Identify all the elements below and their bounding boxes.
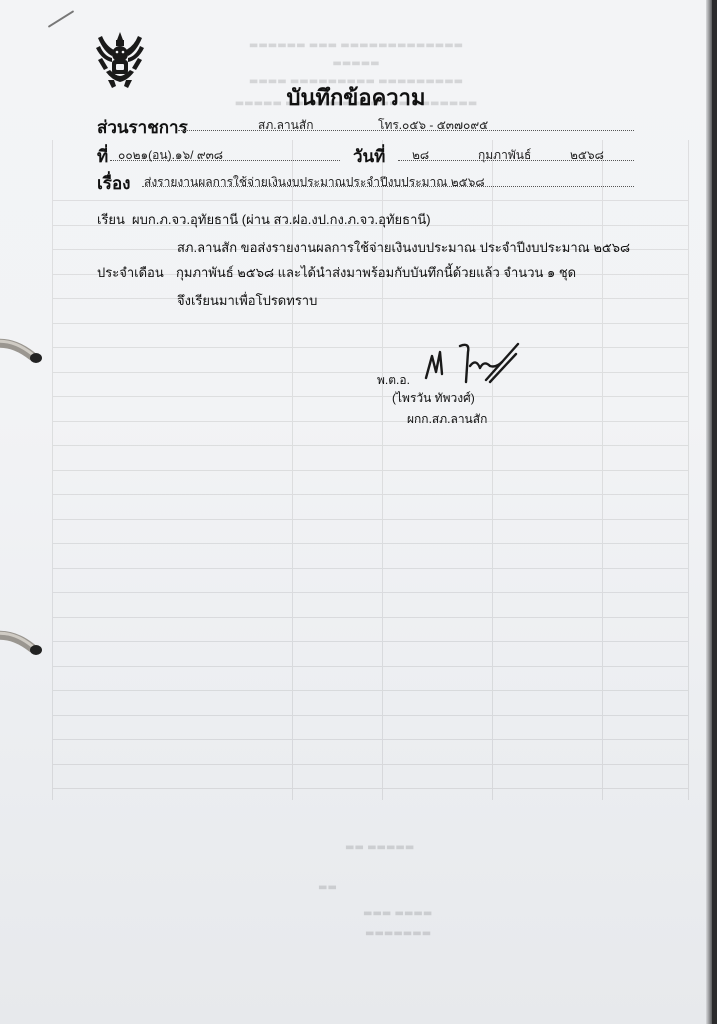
subject-value: ส่งรายงานผลการใช้จ่ายเงินงบประมาณประจำปี… [144,173,485,192]
date-label: วันที่ [353,143,385,170]
date-month: กุมภาพันธ์ [478,146,531,165]
ghost-row [52,372,688,373]
ghost-col [52,140,53,800]
ghost-row [52,690,688,691]
ghost-row [52,592,688,593]
signer-name: (ไพรวัน ทัพวงศ์) [392,389,475,408]
ghost-row [52,715,688,716]
date-day: ๒๘ [412,146,429,165]
ghost-row [52,200,688,201]
ghost-row [52,788,688,789]
ghost-row [52,641,688,642]
to-value: ผบก.ภ.จว.อุทัยธานี (ผ่าน สว.ฝอ.งป.กง.ภ.จ… [132,209,431,230]
department-label: ส่วนราชการ [97,114,188,141]
ghost-row [52,764,688,765]
pencil-mark [48,10,75,28]
signature-mark [418,338,528,388]
ghost-text: ▬▬▬▬▬▬▬ [365,928,431,939]
to-label: เรียน [97,209,125,230]
ghost-row [52,494,688,495]
ghost-row [52,347,688,348]
body-line-2-label: ประจำเดือน [97,262,164,283]
memo-page: ▬▬▬▬▬▬ ▬▬▬ ▬▬▬▬▬▬▬▬▬▬▬▬▬ ▬▬▬▬▬ ▬▬▬▬ ▬▬▬▬… [0,0,712,1024]
ghost-row [52,445,688,446]
page-title: บันทึกข้อความ [0,80,712,115]
ghost-row [52,421,688,422]
signer-rank: พ.ต.อ. [377,371,410,390]
signer-position: ผกก.สภ.ลานสัก [407,410,487,429]
ref-value: ๐๐๒๑(อน).๑๖/ ๙๓๘ [118,146,223,165]
date-year: ๒๕๖๘ [570,146,604,165]
phone-value: ๐๕๖ - ๕๓๗๐๙๕ [402,116,488,135]
closing-text: จึงเรียนมาเพื่อโปรดทราบ [177,290,317,311]
binder-ring-icon [0,338,50,364]
ghost-row [52,617,688,618]
ghost-row [52,396,688,397]
ghost-row [52,470,688,471]
ghost-row [52,298,688,299]
page-edge [706,0,712,1024]
ghost-text: ▬▬ ▬▬▬▬▬ [345,842,414,853]
subject-label: เรื่อง [97,170,130,197]
ghost-row [52,323,688,324]
binder-ring-icon [0,630,50,656]
ghost-row [52,543,688,544]
ghost-row [52,739,688,740]
ghost-row [52,666,688,667]
ghost-text: ▬▬ [318,882,337,893]
phone-label: โทร. [378,116,402,135]
ghost-row [52,568,688,569]
ghost-text: ▬▬▬ ▬▬▬▬ [363,908,432,919]
body-line-2: กุมภาพันธ์ ๒๕๖๘ และได้นำส่งมาพร้อมกับบัน… [176,262,576,283]
ref-label: ที่ [97,143,108,170]
ghost-col [688,140,689,800]
body-line-1: สภ.ลานสัก ขอส่งรายงานผลการใช้จ่ายเงินงบป… [177,237,630,258]
ghost-row [52,519,688,520]
department-value: สภ.ลานสัก [258,116,313,135]
